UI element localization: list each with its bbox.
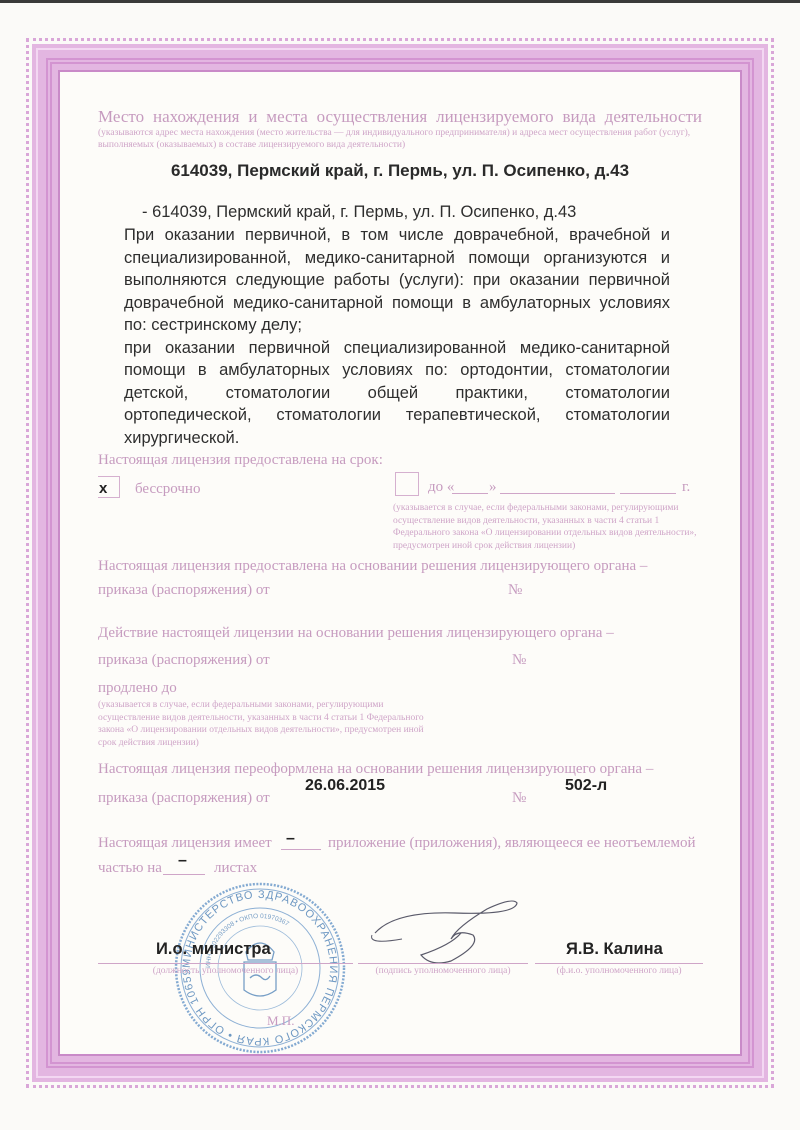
position-caption: (должность уполномоченного лица) bbox=[98, 966, 353, 976]
until-date-checkbox[interactable] bbox=[395, 472, 419, 496]
signature-caption: (подпись уполномоченного лица) bbox=[358, 966, 528, 976]
appendix-prefix: Настоящая лицензия имеет bbox=[98, 835, 272, 852]
basis-line-1: Настоящая лицензия предоставлена на осно… bbox=[98, 558, 647, 575]
appendix-count-field bbox=[281, 849, 321, 850]
sheets-field bbox=[163, 874, 205, 875]
handwritten-signature bbox=[370, 895, 530, 965]
extended-until-label: продлено до bbox=[98, 680, 177, 697]
appendix-count: – bbox=[286, 830, 295, 848]
until-suffix: г. bbox=[682, 479, 690, 496]
name-line bbox=[535, 963, 703, 964]
section-subtitle: (указываются адрес места нахождения (мес… bbox=[98, 127, 702, 151]
basis-line-2: приказа (распоряжения) от bbox=[98, 582, 270, 599]
main-address: 614039, Пермский край, г. Пермь, ул. П. … bbox=[0, 161, 800, 181]
scan-edge bbox=[0, 0, 800, 3]
reissue-line-1: Настоящая лицензия переоформлена на осно… bbox=[98, 761, 653, 778]
validity-line-2: приказа (распоряжения) от bbox=[98, 652, 270, 669]
position-line bbox=[98, 963, 353, 964]
unlimited-check-mark: x bbox=[99, 480, 107, 497]
sheets-suffix: листах bbox=[214, 860, 257, 877]
term-label: Настоящая лицензия предоставлена на срок… bbox=[98, 452, 383, 469]
unlimited-label: бессрочно bbox=[135, 481, 200, 498]
services-list: При оказании первичной, в том числе довр… bbox=[124, 224, 670, 449]
sheets-count: – bbox=[178, 852, 187, 870]
location-address: - 614039, Пермский край, г. Пермь, ул. П… bbox=[142, 203, 576, 222]
services-primary-specialized: при оказании первичной специализированно… bbox=[124, 337, 670, 450]
seal-place-label: М.П. bbox=[267, 1013, 294, 1028]
validity-number-sign: № bbox=[512, 652, 526, 669]
term-note: (указывается в случае, если федеральными… bbox=[393, 502, 703, 552]
reissue-date: 26.06.2015 bbox=[305, 777, 385, 795]
signature-line bbox=[358, 963, 528, 964]
until-prefix: до « bbox=[428, 479, 454, 496]
name-caption: (ф.и.о. уполномоченного лица) bbox=[535, 966, 703, 976]
until-year-field[interactable] bbox=[620, 493, 676, 494]
sheets-prefix: частью на bbox=[98, 860, 162, 877]
until-day-field[interactable] bbox=[452, 493, 488, 494]
reissue-line-2: приказа (распоряжения) от bbox=[98, 790, 270, 807]
signer-name: Я.В. Калина bbox=[566, 940, 663, 959]
section-title: Место нахождения и места осуществления л… bbox=[98, 107, 702, 127]
signer-position: И.о. министра bbox=[156, 940, 271, 959]
until-mid: » bbox=[489, 479, 497, 496]
reissue-number-sign: № bbox=[512, 790, 526, 807]
basis-number-sign: № bbox=[508, 582, 522, 599]
reissue-number: 502-л bbox=[565, 777, 607, 795]
validity-note: (указывается в случае, если федеральными… bbox=[98, 699, 438, 749]
appendix-suffix: приложение (приложения), являющееся ее н… bbox=[328, 835, 696, 852]
validity-line-1: Действие настоящей лицензии на основании… bbox=[98, 625, 614, 642]
until-month-field[interactable] bbox=[500, 493, 615, 494]
services-primary-prehospital: При оказании первичной, в том числе довр… bbox=[124, 224, 670, 337]
